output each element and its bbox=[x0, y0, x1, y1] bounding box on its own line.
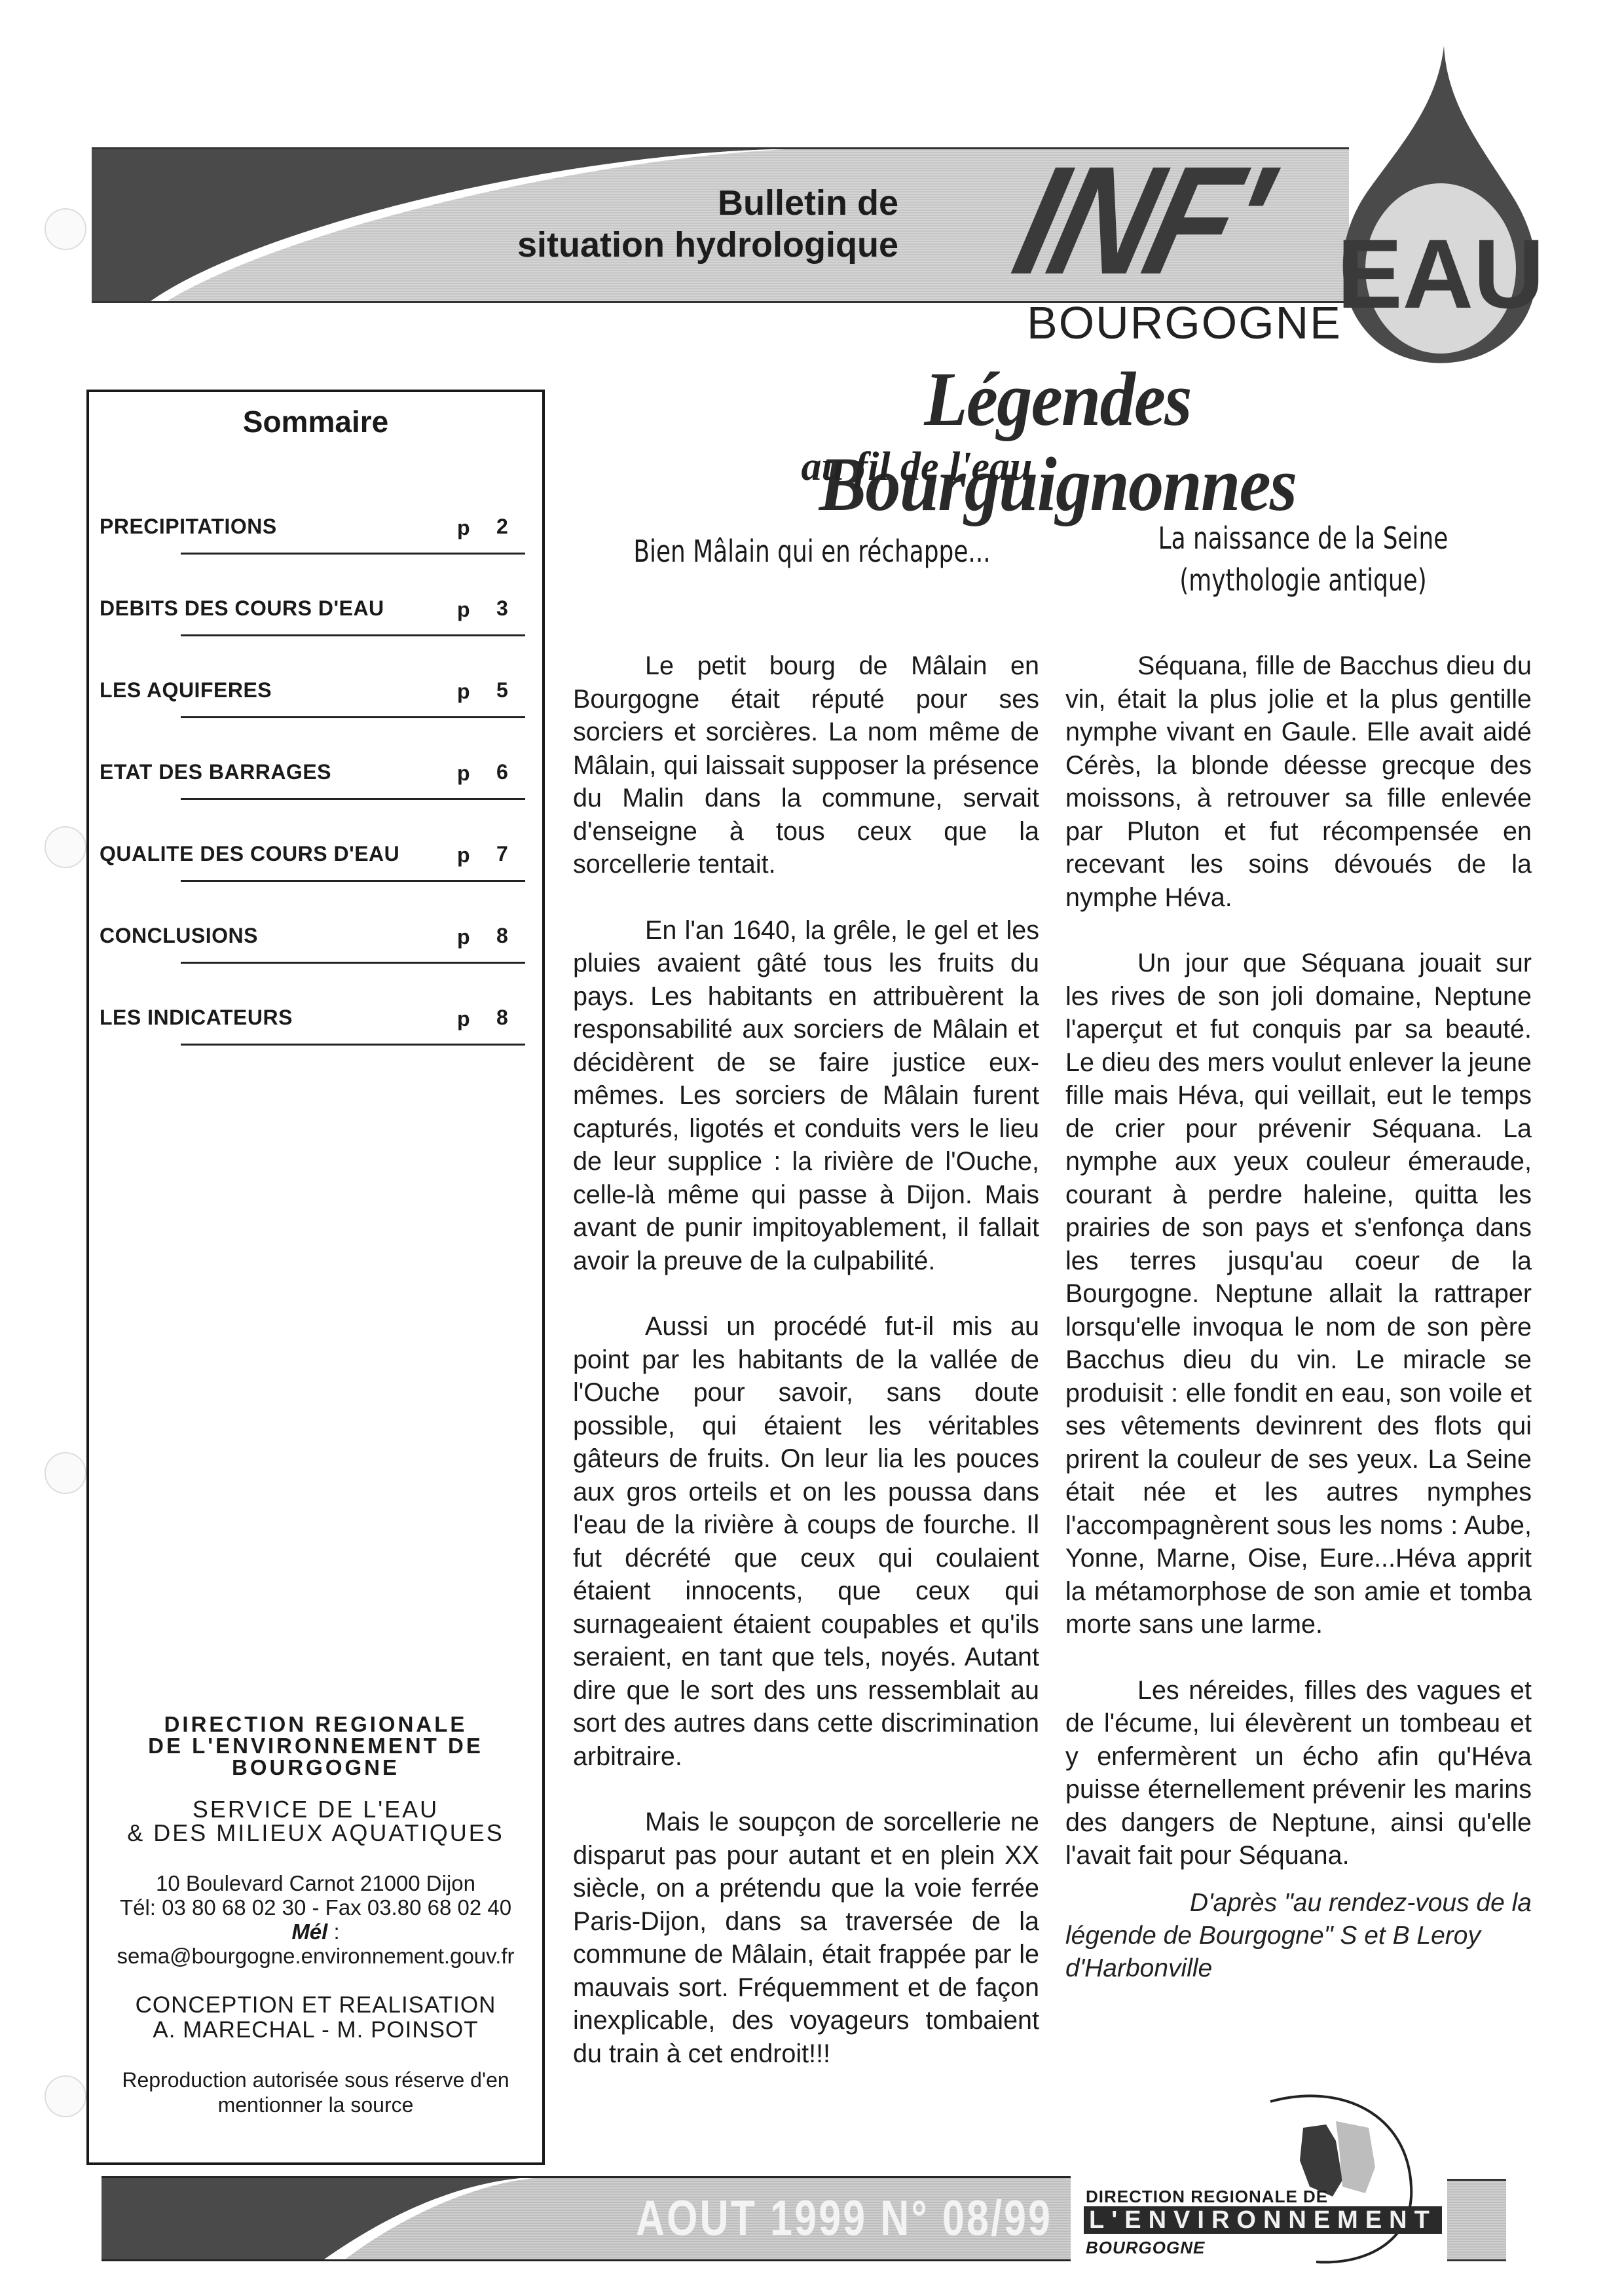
svg-text:EAU: EAU bbox=[1337, 219, 1545, 329]
toc-page-number: 8 bbox=[496, 1006, 508, 1030]
credit-line2: légende de Bourgogne" S et B Leroy bbox=[1065, 1920, 1532, 1952]
toc-page-prefix: p bbox=[457, 516, 470, 540]
footer-org-line1: DIRECTION REGIONALE DE bbox=[1086, 2187, 1328, 2207]
col2-heading-line2: (mythologie antique) bbox=[1109, 559, 1498, 601]
paragraph: Un jour que Séquana jouait sur les rives… bbox=[1065, 947, 1532, 1641]
toc-page-number: 3 bbox=[496, 596, 508, 621]
punch-hole bbox=[45, 826, 86, 868]
reproduction-notice: Reproduction autorisée sous réserve d'en… bbox=[89, 2068, 542, 2117]
email-label: Mél : bbox=[89, 1920, 542, 1944]
toc-page-number: 5 bbox=[496, 678, 508, 702]
logo-inf-text: INF' bbox=[1003, 143, 1280, 297]
issue-date-number: AOUT 1999 N° 08/99 bbox=[636, 2193, 1052, 2245]
toc-item-precipitations[interactable]: PRECIPITATIONS p 2 bbox=[96, 515, 536, 596]
conception-label: CONCEPTION ET REALISATION bbox=[89, 1993, 542, 2018]
bulletin-title-line1: Bulletin de bbox=[517, 182, 898, 224]
paragraph: Aussi un procédé fut-il mis au point par… bbox=[573, 1310, 1039, 1773]
toc-divider bbox=[181, 1044, 525, 1046]
toc-item-aquiferes[interactable]: LES AQUIFERES p 5 bbox=[96, 678, 536, 760]
footer-end-block bbox=[1447, 2179, 1506, 2261]
contact-details: 10 Boulevard Carnot 21000 Dijon Tél: 03 … bbox=[89, 1871, 542, 1968]
toc-page-number: 6 bbox=[496, 760, 508, 784]
toc-item-indicateurs[interactable]: LES INDICATEURS p 8 bbox=[96, 1006, 536, 1087]
toc-label: ETAT DES BARRAGES bbox=[100, 760, 331, 784]
credit-line3: d'Harbonville bbox=[1065, 1952, 1532, 1985]
col2-heading-line1: La naissance de la Seine bbox=[1109, 517, 1498, 559]
toc-label: DEBITS DES COURS D'EAU bbox=[100, 596, 384, 621]
toc-page-prefix: p bbox=[457, 925, 470, 949]
punch-hole bbox=[45, 1452, 86, 1494]
toc-divider bbox=[181, 962, 525, 964]
france-map-logo-icon bbox=[1211, 2088, 1428, 2272]
phone-fax: Tél: 03 80 68 02 30 - Fax 03.80 68 02 40 bbox=[89, 1895, 542, 1920]
toc-page-prefix: p bbox=[457, 1007, 470, 1031]
paragraph: Mais le soupçon de sorcellerie ne dispar… bbox=[573, 1806, 1039, 2070]
toc-page-prefix: p bbox=[457, 843, 470, 867]
logo-region: BOURGOGNE bbox=[1027, 300, 1342, 346]
paragraph: Le petit bourg de Mâlain en Bourgogne ét… bbox=[573, 649, 1039, 881]
org-name-line3: BOURGOGNE bbox=[89, 1757, 542, 1778]
punch-hole bbox=[45, 2075, 86, 2117]
toc-page-prefix: p bbox=[457, 680, 470, 704]
footer-band: AOUT 1999 N° 08/99 bbox=[101, 2176, 1071, 2261]
toc-item-debits[interactable]: DEBITS DES COURS D'EAU p 3 bbox=[96, 596, 536, 678]
toc-page-number: 7 bbox=[496, 842, 508, 866]
toc-divider bbox=[181, 798, 525, 800]
toc-item-qualite[interactable]: QUALITE DES COURS D'EAU p 7 bbox=[96, 842, 536, 924]
paragraph: Les néreides, filles des vagues et de l'… bbox=[1065, 1674, 1532, 1872]
credits-conception: CONCEPTION ET REALISATION A. MARECHAL - … bbox=[89, 1993, 542, 2043]
toc-page-prefix: p bbox=[457, 598, 470, 622]
sommaire-title: Sommaire bbox=[89, 404, 542, 439]
toc-page-number: 2 bbox=[496, 515, 508, 539]
toc-label: PRECIPITATIONS bbox=[100, 515, 277, 539]
org-name-line2: DE L'ENVIRONNEMENT DE bbox=[89, 1735, 542, 1757]
punch-hole bbox=[45, 208, 86, 250]
article-column-seine: Séquana, fille de Bacchus dieu du vin, é… bbox=[1065, 649, 1532, 1985]
credit-line1: D'après "au rendez-vous de la bbox=[1065, 1887, 1532, 1920]
footer-org-line2: L'ENVIRONNEMENT bbox=[1084, 2206, 1442, 2234]
paragraph: En l'an 1640, la grêle, le gel et les pl… bbox=[573, 914, 1039, 1278]
toc-divider bbox=[181, 553, 525, 555]
source-credit: D'après "au rendez-vous de la légende de… bbox=[1065, 1887, 1532, 1985]
toc-divider bbox=[181, 880, 525, 882]
bulletin-title-line2: situation hydrologique bbox=[517, 224, 898, 266]
service-line1: SERVICE DE L'EAU bbox=[89, 1798, 542, 1821]
toc-label: QUALITE DES COURS D'EAU bbox=[100, 842, 399, 866]
toc-divider bbox=[181, 716, 525, 718]
service-name: SERVICE DE L'EAU & DES MILIEUX AQUATIQUE… bbox=[89, 1798, 542, 1845]
toc-label: LES AQUIFERES bbox=[100, 678, 272, 702]
toc-page-prefix: p bbox=[457, 761, 470, 786]
col2-heading: La naissance de la Seine (mythologie ant… bbox=[1109, 517, 1498, 601]
org-name-line1: DIRECTION REGIONALE bbox=[89, 1713, 542, 1735]
sommaire-box: Sommaire PRECIPITATIONS p 2 DEBITS DES C… bbox=[86, 390, 545, 2165]
email-link[interactable]: sema@bourgogne.environnement.gouv.fr bbox=[89, 1944, 542, 1968]
service-line2: & DES MILIEUX AQUATIQUES bbox=[89, 1821, 542, 1845]
toc-label: LES INDICATEURS bbox=[100, 1006, 293, 1030]
footer-org-line3: BOURGOGNE bbox=[1086, 2238, 1205, 2258]
sommaire-list: PRECIPITATIONS p 2 DEBITS DES COURS D'EA… bbox=[96, 515, 536, 1087]
direction-contact-block: DIRECTION REGIONALE DE L'ENVIRONNEMENT D… bbox=[89, 1713, 542, 2117]
toc-label: CONCLUSIONS bbox=[100, 924, 258, 948]
toc-page-number: 8 bbox=[496, 924, 508, 948]
toc-item-barrages[interactable]: ETAT DES BARRAGES p 6 bbox=[96, 760, 536, 842]
conception-authors: A. MARECHAL - M. POINSOT bbox=[89, 2018, 542, 2043]
toc-item-conclusions[interactable]: CONCLUSIONS p 8 bbox=[96, 924, 536, 1006]
org-name: DIRECTION REGIONALE DE L'ENVIRONNEMENT D… bbox=[89, 1713, 542, 1778]
col1-heading: Bien Mâlain qui en réchappe... bbox=[618, 530, 1006, 572]
water-drop-logo-icon: EAU bbox=[1329, 46, 1545, 367]
paragraph: Séquana, fille de Bacchus dieu du vin, é… bbox=[1065, 649, 1532, 914]
article-column-malain: Le petit bourg de Mâlain en Bourgogne ét… bbox=[573, 649, 1039, 2070]
article-title: Légendes Bourguignonnes bbox=[711, 357, 1404, 527]
article-subtitle: au fil de l'eau bbox=[753, 444, 1080, 490]
bulletin-title: Bulletin de situation hydrologique bbox=[517, 182, 898, 266]
postal-address: 10 Boulevard Carnot 21000 Dijon bbox=[89, 1871, 542, 1895]
toc-divider bbox=[181, 634, 525, 636]
